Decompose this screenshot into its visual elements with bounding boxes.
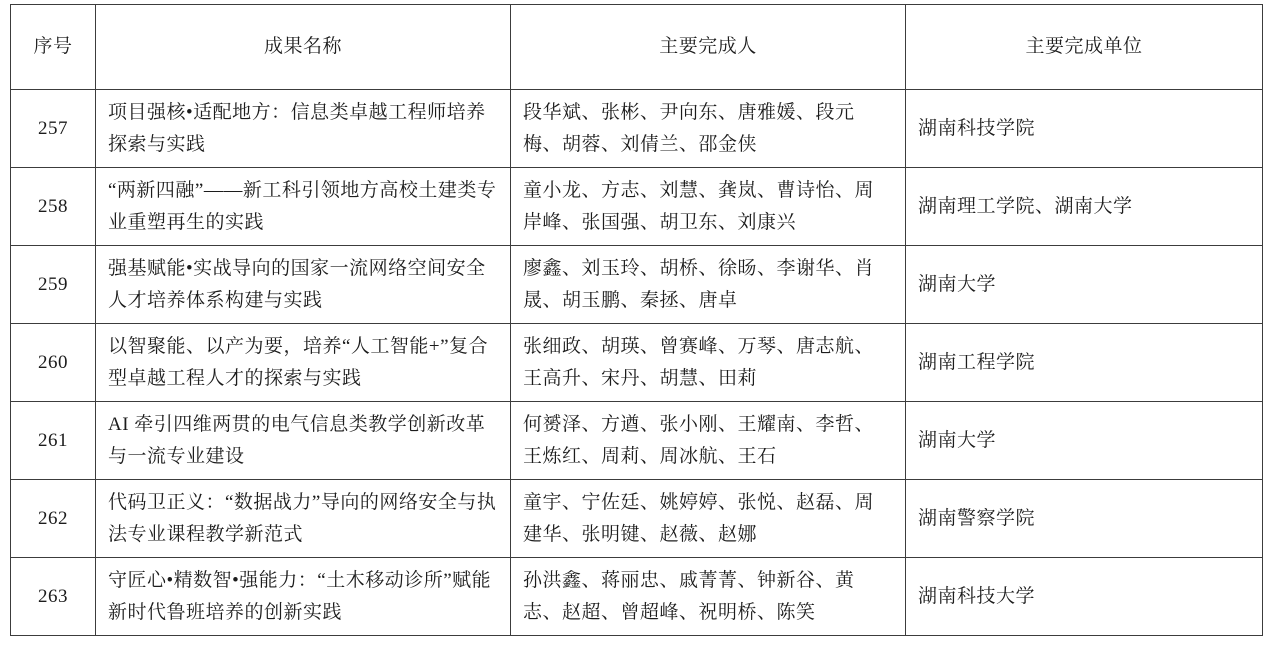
achievement-name: 强基赋能•实战导向的国家一流网络空间安全人才培养体系构建与实践: [96, 246, 511, 324]
table-row: 263 守匠心•精数智•强能力：“土木移动诊所”赋能新时代鲁班培养的创新实践 孙…: [11, 558, 1263, 636]
table-row: 258 “两新四融”——新工科引领地方高校土建类专业重塑再生的实践 童小龙、方志…: [11, 168, 1263, 246]
table-row: 262 代码卫正义：“数据战力”导向的网络安全与执法专业课程教学新范式 童宇、宁…: [11, 480, 1263, 558]
completing-unit: 湖南大学: [906, 246, 1263, 324]
header-序号: 序号: [11, 5, 96, 90]
row-number: 263: [11, 558, 96, 636]
table-row: 257 项目强核•适配地方：信息类卓越工程师培养探索与实践 段华斌、张彬、尹向东…: [11, 90, 1263, 168]
results-table: 序号 成果名称 主要完成人 主要完成单位 257 项目强核•适配地方：信息类卓越…: [10, 4, 1263, 636]
header-成果名称: 成果名称: [96, 5, 511, 90]
row-number: 259: [11, 246, 96, 324]
completers: 童小龙、方志、刘慧、龚岚、曹诗怡、周岸峰、张国强、胡卫东、刘康兴: [511, 168, 906, 246]
row-number: 260: [11, 324, 96, 402]
completing-unit: 湖南科技学院: [906, 90, 1263, 168]
completers: 孙洪鑫、蒋丽忠、戚菁菁、钟新谷、黄志、赵超、曾超峰、祝明桥、陈笑: [511, 558, 906, 636]
row-number: 257: [11, 90, 96, 168]
table-header-row: 序号 成果名称 主要完成人 主要完成单位: [11, 5, 1263, 90]
achievement-name: 代码卫正义：“数据战力”导向的网络安全与执法专业课程教学新范式: [96, 480, 511, 558]
completing-unit: 湖南理工学院、湖南大学: [906, 168, 1263, 246]
completers: 廖鑫、刘玉玲、胡桥、徐旸、李谢华、肖晟、胡玉鹏、秦拯、唐卓: [511, 246, 906, 324]
document-page: 序号 成果名称 主要完成人 主要完成单位 257 项目强核•适配地方：信息类卓越…: [0, 0, 1271, 650]
achievement-name: 以智聚能、以产为要，培养“人工智能+”复合型卓越工程人才的探索与实践: [96, 324, 511, 402]
row-number: 261: [11, 402, 96, 480]
table-row: 259 强基赋能•实战导向的国家一流网络空间安全人才培养体系构建与实践 廖鑫、刘…: [11, 246, 1263, 324]
completers: 张细政、胡瑛、曾赛峰、万琴、唐志航、王高升、宋丹、胡慧、田莉: [511, 324, 906, 402]
achievement-name: AI 牵引四维两贯的电气信息类教学创新改革与一流专业建设: [96, 402, 511, 480]
completing-unit: 湖南科技大学: [906, 558, 1263, 636]
completing-unit: 湖南警察学院: [906, 480, 1263, 558]
completing-unit: 湖南大学: [906, 402, 1263, 480]
achievement-name: 项目强核•适配地方：信息类卓越工程师培养探索与实践: [96, 90, 511, 168]
row-number: 262: [11, 480, 96, 558]
table-row: 260 以智聚能、以产为要，培养“人工智能+”复合型卓越工程人才的探索与实践 张…: [11, 324, 1263, 402]
header-主要完成人: 主要完成人: [511, 5, 906, 90]
completers: 童宇、宁佐廷、姚婷婷、张悦、赵磊、周建华、张明键、赵薇、赵娜: [511, 480, 906, 558]
header-主要完成单位: 主要完成单位: [906, 5, 1263, 90]
table-row: 261 AI 牵引四维两贯的电气信息类教学创新改革与一流专业建设 何赟泽、方遒、…: [11, 402, 1263, 480]
achievement-name: 守匠心•精数智•强能力：“土木移动诊所”赋能新时代鲁班培养的创新实践: [96, 558, 511, 636]
achievement-name: “两新四融”——新工科引领地方高校土建类专业重塑再生的实践: [96, 168, 511, 246]
row-number: 258: [11, 168, 96, 246]
completers: 段华斌、张彬、尹向东、唐雅媛、段元梅、胡蓉、刘倩兰、邵金侠: [511, 90, 906, 168]
completing-unit: 湖南工程学院: [906, 324, 1263, 402]
completers: 何赟泽、方遒、张小刚、王耀南、李哲、王炼红、周莉、周冰航、王石: [511, 402, 906, 480]
